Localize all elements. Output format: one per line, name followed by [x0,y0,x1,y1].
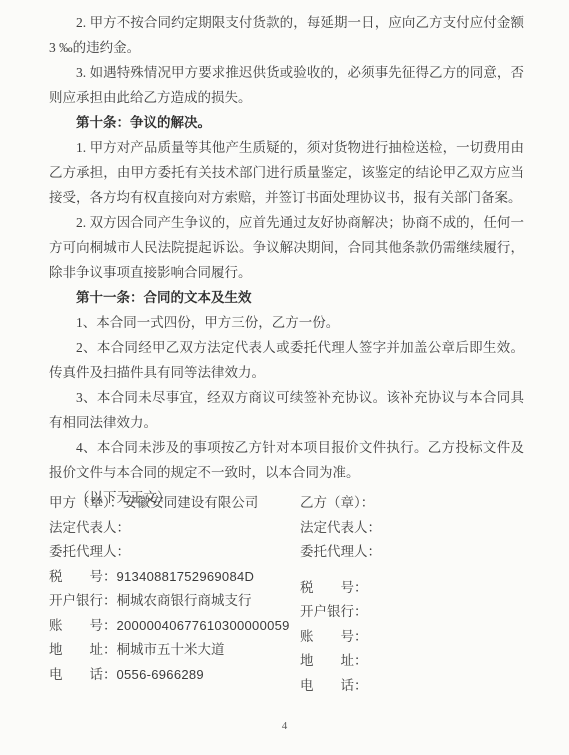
party-b-tax-line: 税 号： [300,576,549,601]
party-b-legal-rep-line: 法定代表人： [300,516,549,541]
party-a-legal-rep-label: 法定代表人： [49,520,130,535]
party-b-phone-line: 电 话： [300,674,549,699]
party-a-tax-number: 91340881752969084D [117,569,255,584]
party-a-seal-line: 甲方（章）：安徽安同建设有限公司 [49,491,300,516]
page-number: 4 [0,720,569,732]
party-b-address-line: 地 址： [300,649,549,674]
party-b-seal-label: 乙方（章）： [300,495,374,510]
party-b-column: 乙方（章）： 法定代表人： 委托代理人： 税 号： 开户银行： 账 号： 地 址… [300,491,549,698]
paragraph: 2. 甲方不按合同约定期限支付货款的，每延期一日，应向乙方支付应付金额 3 ‰的… [49,10,524,60]
paragraph: 3、本合同未尽事宜，经双方商议可续签补充协议。该补充协议与本合同具有相同法律效力… [49,385,524,435]
section-heading: 第十一条：合同的文本及生效 [49,285,524,310]
party-a-phone-label: 电 话： [49,667,117,682]
paragraph: 4、本合同未涉及的事项按乙方针对本项目报价文件执行。乙方投标文件及报价文件与本合… [49,435,524,485]
party-a-phone-line: 电 话：0556-6966289 [49,663,300,688]
contract-page: 2. 甲方不按合同约定期限支付货款的，每延期一日，应向乙方支付应付金额 3 ‰的… [0,0,569,755]
party-a-legal-rep-line: 法定代表人： [49,516,300,541]
party-b-bank-line: 开户银行： [300,600,549,625]
party-a-agent-label: 委托代理人： [49,544,130,559]
party-a-account-number: 20000040677610300000059 [117,618,290,633]
party-a-bank-line: 开户银行：桐城农商银行商城支行 [49,589,300,614]
party-b-agent-label: 委托代理人： [300,544,381,559]
section-heading: 第十条：争议的解决。 [49,110,524,135]
paragraph: 1、本合同一式四份，甲方三份，乙方一份。 [49,310,524,335]
party-b-phone-label: 电 话： [300,678,368,693]
party-a-tax-line: 税 号：91340881752969084D [49,565,300,590]
party-b-seal-line: 乙方（章）： [300,491,549,516]
party-a-address-label: 地 址： [49,642,117,657]
party-a-company: 安徽安同建设有限公司 [123,495,258,510]
party-a-address: 桐城市五十米大道 [117,642,225,657]
party-a-account-line: 账 号：20000040677610300000059 [49,614,300,639]
party-a-column: 甲方（章）：安徽安同建设有限公司 法定代表人： 委托代理人： 税 号：91340… [49,491,300,698]
party-a-bank-label: 开户银行： [49,593,117,608]
party-b-address-label: 地 址： [300,653,368,668]
signature-block: 甲方（章）：安徽安同建设有限公司 法定代表人： 委托代理人： 税 号：91340… [49,491,549,698]
contract-body: 2. 甲方不按合同约定期限支付货款的，每延期一日，应向乙方支付应付金额 3 ‰的… [49,10,524,510]
party-a-tax-label: 税 号： [49,569,117,584]
party-a-phone: 0556-6966289 [117,667,204,682]
party-a-address-line: 地 址：桐城市五十米大道 [49,638,300,663]
paragraph: 1. 甲方对产品质量等其他产生质疑的，须对货物进行抽检送检，一切费用由乙方承担，… [49,135,524,210]
party-a-account-label: 账 号： [49,618,117,633]
party-b-account-line: 账 号： [300,625,549,650]
party-a-bank-name: 桐城农商银行商城支行 [117,593,252,608]
paragraph: 3. 如遇特殊情况甲方要求推迟供货或验收的，必须事先征得乙方的同意，否则应承担由… [49,60,524,110]
party-a-agent-line: 委托代理人： [49,540,300,565]
paragraph: 2. 双方因合同产生争议的，应首先通过友好协商解决；协商不成的，任何一方可向桐城… [49,210,524,285]
party-b-account-label: 账 号： [300,629,368,644]
party-b-legal-rep-label: 法定代表人： [300,520,381,535]
party-b-agent-line: 委托代理人： [300,540,549,565]
paragraph: 2、本合同经甲乙双方法定代表人或委托代理人签字并加盖公章后即生效。传真件及扫描件… [49,335,524,385]
party-b-bank-label: 开户银行： [300,604,368,619]
party-a-seal-label: 甲方（章）： [49,495,123,510]
party-b-tax-label: 税 号： [300,580,368,595]
